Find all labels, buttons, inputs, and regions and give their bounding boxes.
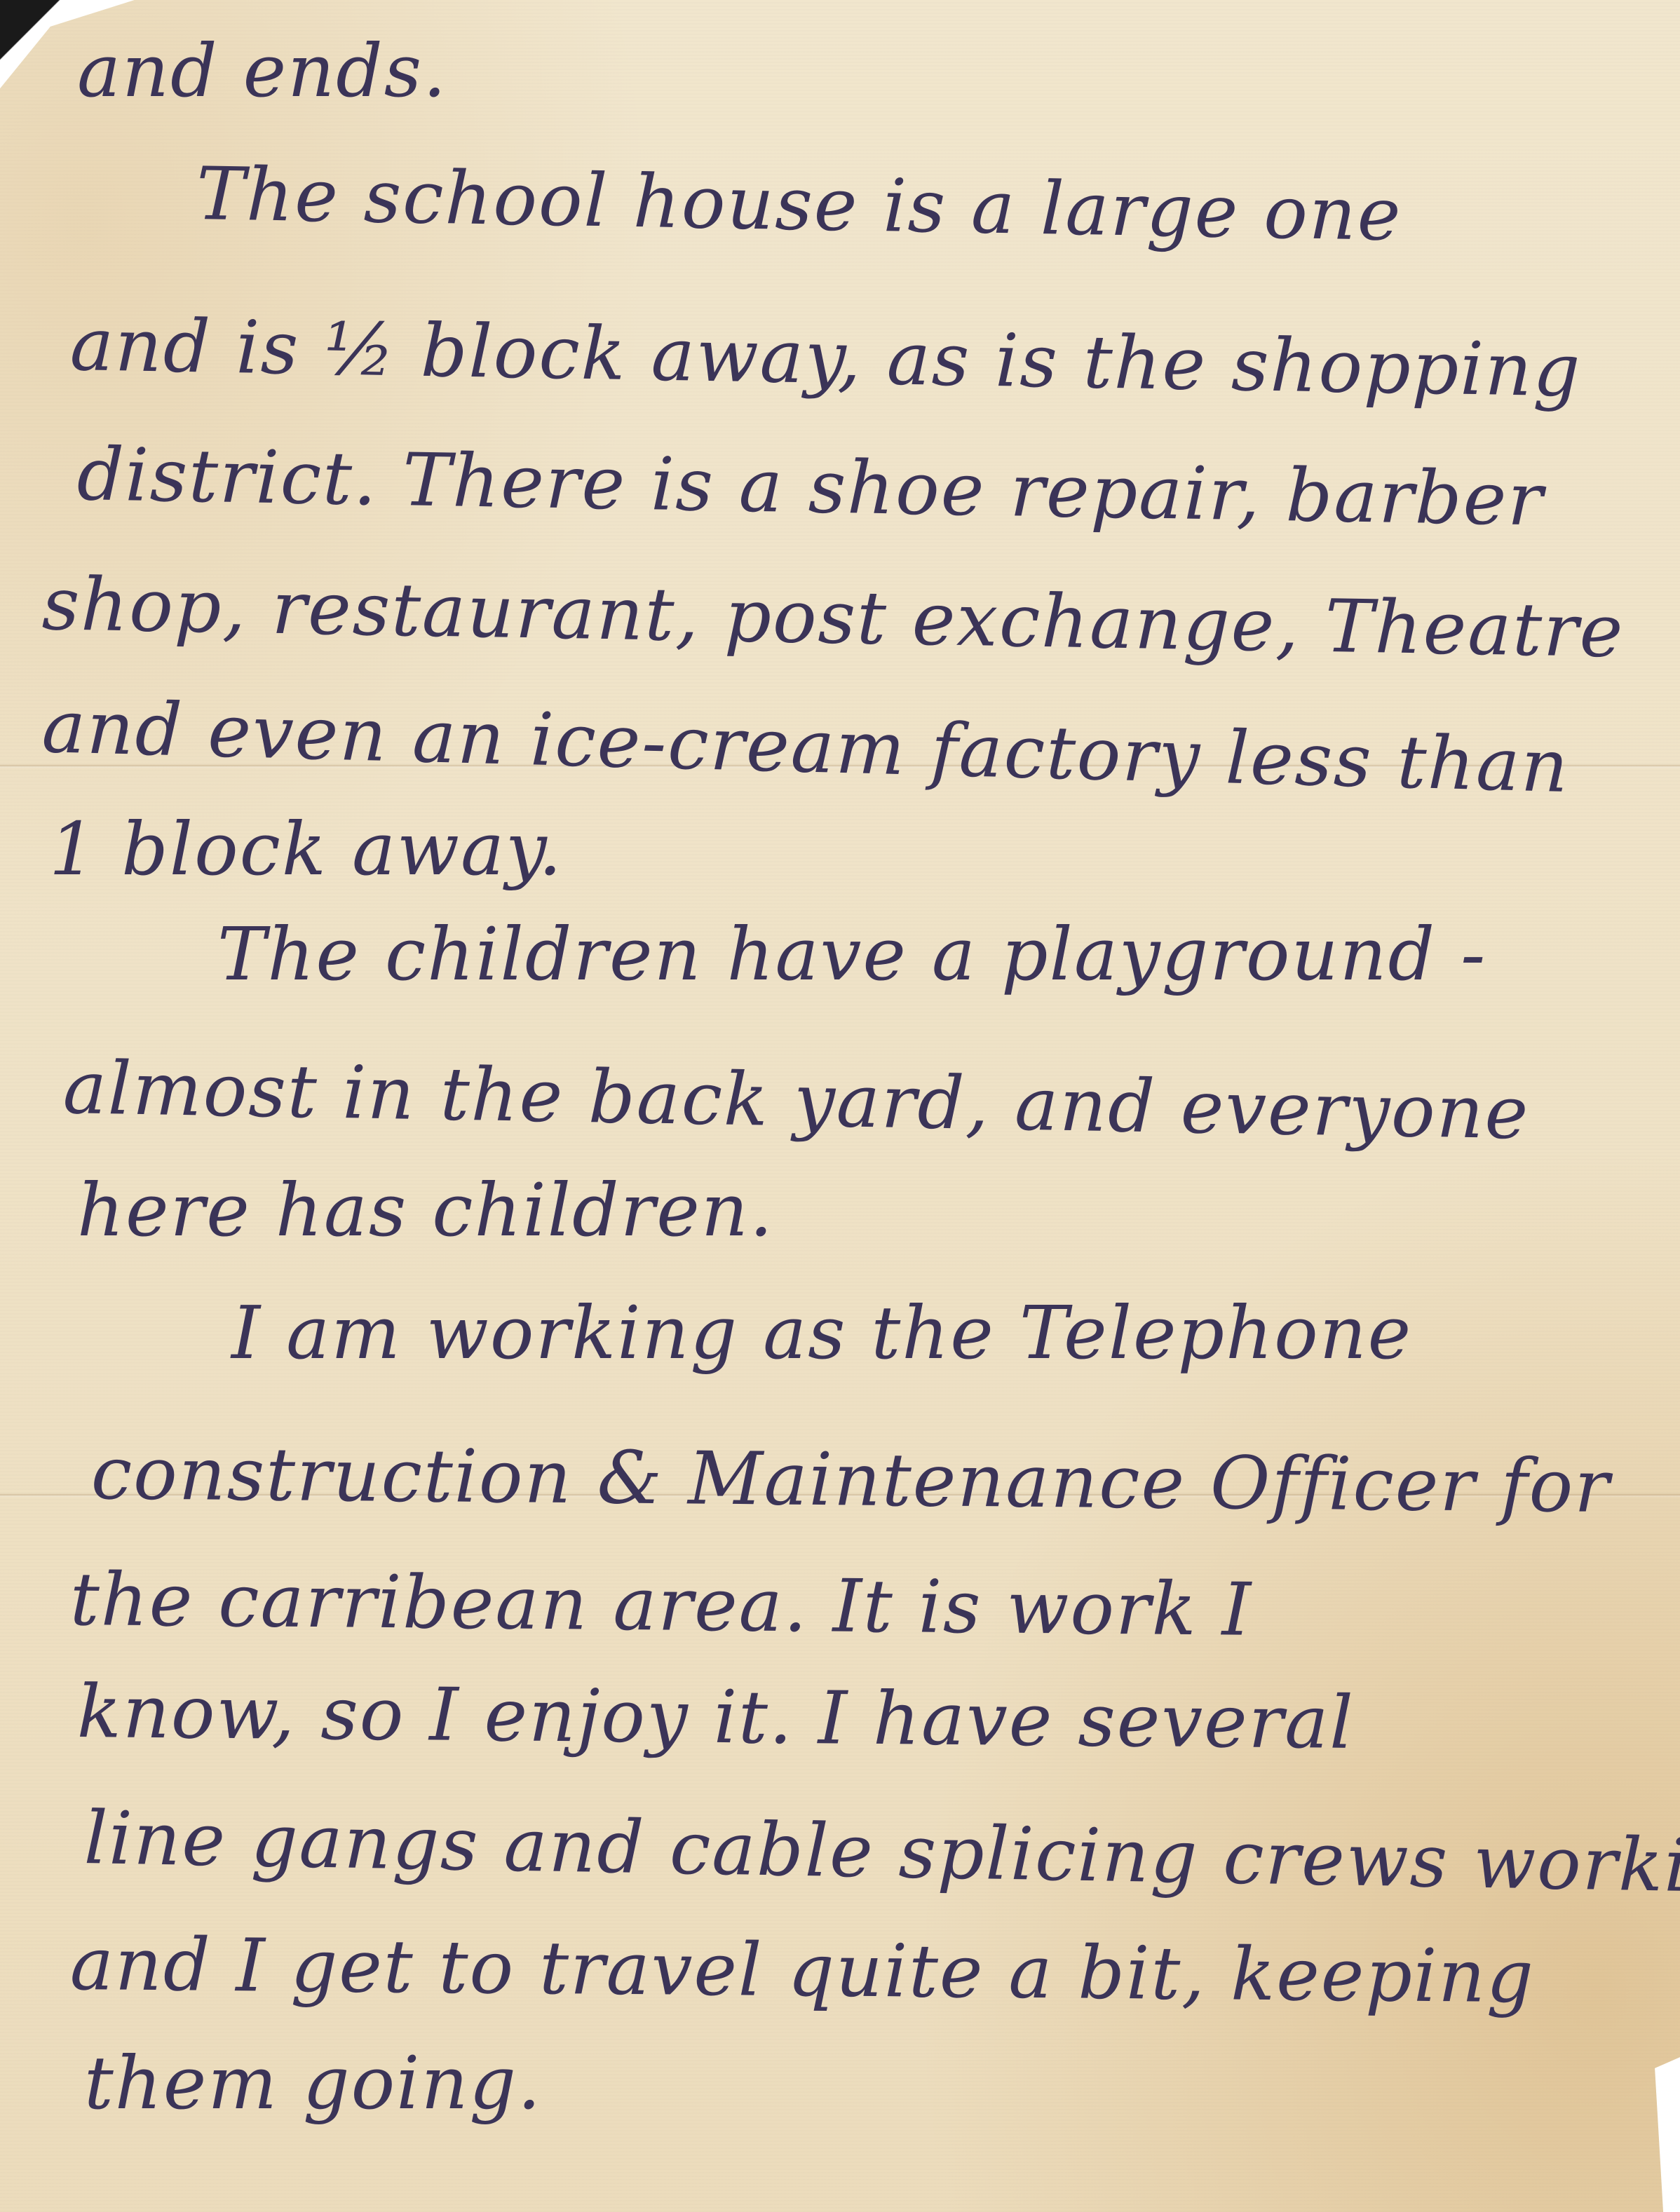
letter-line: 1 block away.: [49, 806, 563, 892]
letter-line: construction & Maintenance Officer for: [90, 1430, 1611, 1529]
letter-line: and ends.: [77, 28, 447, 114]
letter-line: the carribean area. It is work I: [69, 1556, 1252, 1653]
letter-line: here has children.: [77, 1167, 774, 1253]
letter-line: line gangs and cable splicing crews work…: [83, 1795, 1680, 1910]
letter-line: almost in the back yard, and everyone: [62, 1045, 1530, 1155]
letter-body: and ends. The school house is a large on…: [0, 0, 1680, 2212]
letter-line: and is ½ block away, as is the shopping: [69, 301, 1582, 414]
letter-line: and even an ice-cream factory less than: [41, 684, 1570, 809]
letter-line: The children have a playground -: [217, 911, 1486, 997]
letter-line: shop, restaurant, post exchange, Theatre: [41, 561, 1625, 674]
letter-line: I am working as the Telephone: [231, 1290, 1412, 1376]
letter-line: know, so I enjoy it. I have several: [76, 1669, 1355, 1765]
letter-line: district. There is a shoe repair, barber: [76, 431, 1545, 542]
letter-line: them going.: [84, 2040, 542, 2126]
letter-line: and I get to travel quite a bit, keeping: [69, 1921, 1535, 2019]
letter-line: The school house is a large one: [196, 151, 1403, 257]
